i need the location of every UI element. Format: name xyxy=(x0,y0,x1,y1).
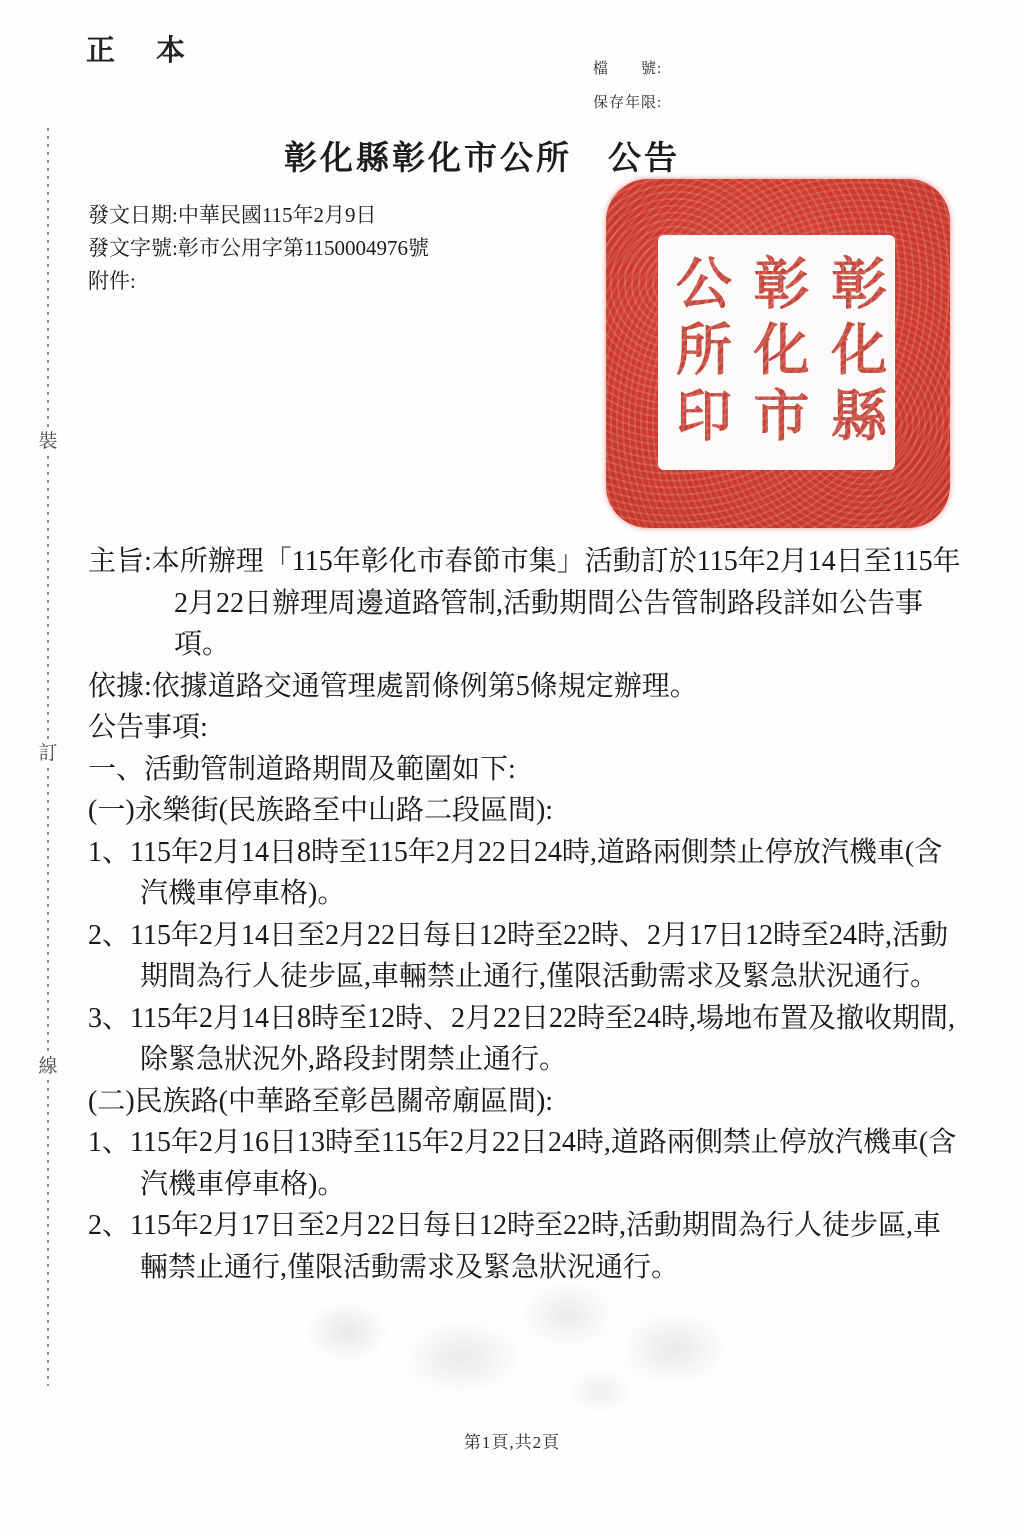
doc-number-line: 發文字號:彰市公用字第1150004976號 xyxy=(88,232,429,265)
section-1-item-3: 3、115年2月14日8時至12時、2月22日22時至24時,場地布置及撤收期間… xyxy=(88,998,962,1081)
document-meta: 發文日期:中華民國115年2月9日 發文字號:彰市公用字第1150004976號… xyxy=(88,199,429,298)
attachment-line: 附件: xyxy=(88,265,429,298)
file-number-label: 檔 號: xyxy=(593,52,662,86)
basis-paragraph: 依據:依據道路交通管理處罰條例第5條規定辦理。 xyxy=(88,666,962,708)
seal-column-right: 彰化縣 xyxy=(826,254,882,452)
section-1-heading: (一)永樂街(民族路至中山路二段區間): xyxy=(88,790,962,832)
section-2-item-2: 2、115年2月17日至2月22日每日12時至22時,活動期間為行人徒步區,車輛… xyxy=(88,1205,962,1288)
scanned-announcement-page: 正 本 檔 號: 保存年限: 彰化縣彰化市公所 公告 發文日期:中華民國115年… xyxy=(0,0,1024,1537)
seal-column-left: 公所印 xyxy=(671,254,727,452)
subject-paragraph: 主旨:本所辦理「115年彰化市春節市集」活動訂於115年2月14日至115年2月… xyxy=(88,541,962,666)
seal-inscription: 彰化縣 彰化市 公所印 xyxy=(658,235,895,470)
section-2-heading: (二)民族路(中華路至彰邑關帝廟區間): xyxy=(88,1081,962,1123)
retention-period-label: 保存年限: xyxy=(593,86,662,120)
announce-heading: 公告事項: xyxy=(88,707,962,749)
seal-column-middle: 彰化市 xyxy=(748,254,804,452)
official-red-seal: 彰化縣 彰化市 公所印 xyxy=(606,179,950,528)
copy-type-label: 正 本 xyxy=(86,28,191,69)
filing-block: 檔 號: 保存年限: xyxy=(593,52,662,120)
binding-mark-ding: 訂 xyxy=(38,740,57,767)
document-title: 彰化縣彰化市公所 公告 xyxy=(0,132,964,179)
issue-date-line: 發文日期:中華民國115年2月9日 xyxy=(88,199,429,232)
binding-mark-zhuang: 裝 xyxy=(38,428,57,455)
section-1-item-2: 2、115年2月14日至2月22日每日12時至22時、2月17日12時至24時,… xyxy=(88,915,962,998)
section-1-item-1: 1、115年2月14日8時至115年2月22日24時,道路兩側禁止停放汽機車(含… xyxy=(88,832,962,915)
announcement-body: 主旨:本所辦理「115年彰化市春節市集」活動訂於115年2月14日至115年2月… xyxy=(88,541,962,1288)
page-number: 第1頁,共2頁 xyxy=(0,1428,1024,1453)
item-one-heading: 一、活動管制道路期間及範圍如下: xyxy=(88,749,962,791)
binding-mark-xian: 線 xyxy=(38,1053,57,1080)
section-2-item-1: 1、115年2月16日13時至115年2月22日24時,道路兩側禁止停放汽機車(… xyxy=(88,1122,962,1205)
